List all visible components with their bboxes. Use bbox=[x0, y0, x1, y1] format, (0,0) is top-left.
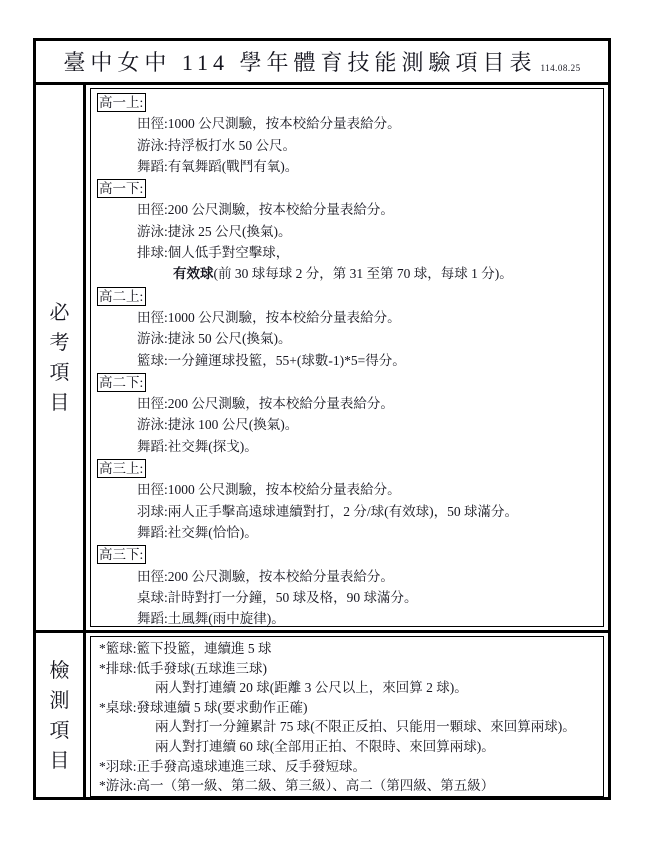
check-item-line: *排球:低手發球(五球進三球) bbox=[97, 659, 598, 679]
check-items-content-cell: *籃球:籃下投籃，連續進 5 球*排球:低手發球(五球進三球)兩人對打連續 20… bbox=[86, 633, 608, 800]
grade-term: 高一上: bbox=[97, 93, 146, 112]
test-item-line: 游泳:捷泳 100 公尺(換氣)。 bbox=[97, 414, 598, 435]
grade-term: 高一下: bbox=[97, 179, 146, 198]
test-item-bold: 有效球 bbox=[173, 266, 214, 281]
test-item-line: 羽球:兩人正手擊高遠球連續對打，2 分/球(有效球)，50 球滿分。 bbox=[97, 501, 598, 522]
test-item-line: 田徑:200 公尺測驗，按本校給分量表給分。 bbox=[97, 199, 598, 220]
grade-term: 高二下: bbox=[97, 373, 146, 392]
check-item-line: 兩人對打一分鐘累計 75 球(不限正反拍、只能用一顆球、來回算兩球)。 bbox=[97, 717, 598, 737]
test-item-line: 舞蹈:土風舞(雨中旋律)。 bbox=[97, 608, 598, 627]
test-item-line: 舞蹈:有氧舞蹈(戰鬥有氧)。 bbox=[97, 156, 598, 177]
grade-term: 高三下: bbox=[97, 545, 146, 564]
check-item-line: *游泳:高一（第一級、第二級、第三級）、高二（第四級、第五級） bbox=[97, 776, 598, 796]
check-items-label-cell: 檢測項目 bbox=[36, 633, 86, 800]
check-items-label-char: 檢 bbox=[50, 656, 70, 686]
check-items-row: 檢測項目 *籃球:籃下投籃，連續進 5 球*排球:低手發球(五球進三球)兩人對打… bbox=[36, 633, 608, 800]
required-items-label-char: 項 bbox=[50, 358, 70, 388]
check-items-box: *籃球:籃下投籃，連續進 5 球*排球:低手發球(五球進三球)兩人對打連續 20… bbox=[90, 636, 604, 797]
test-item-line: 舞蹈:社交舞(探戈)。 bbox=[97, 436, 598, 457]
test-item-line: 田徑:200 公尺測驗，按本校給分量表給分。 bbox=[97, 393, 598, 414]
grade-term-line: 高三上: bbox=[97, 457, 598, 479]
grade-term: 高二上: bbox=[97, 287, 146, 306]
test-item-line: 田徑:200 公尺測驗，按本校給分量表給分。 bbox=[97, 566, 598, 587]
test-item-line: 桌球:計時對打一分鐘，50 球及格，90 球滿分。 bbox=[97, 587, 598, 608]
required-items-content-cell: 高一上:田徑:1000 公尺測驗，按本校給分量表給分。游泳:持浮板打水 50 公… bbox=[86, 85, 608, 630]
test-item-line: 籃球:一分鐘運球投籃，55+(球數-1)*5=得分。 bbox=[97, 350, 598, 371]
grade-term-line: 高一下: bbox=[97, 177, 598, 199]
required-items-label: 必考項目 bbox=[50, 298, 70, 418]
grade-term-line: 高二下: bbox=[97, 371, 598, 393]
required-items-box: 高一上:田徑:1000 公尺測驗，按本校給分量表給分。游泳:持浮板打水 50 公… bbox=[90, 88, 604, 627]
grade-term-line: 高二上: bbox=[97, 285, 598, 307]
test-item-line: 田徑:1000 公尺測驗，按本校給分量表給分。 bbox=[97, 307, 598, 328]
check-item-line: *羽球:正手發高遠球連進三球、反手發短球。 bbox=[97, 757, 598, 777]
required-items-label-char: 必 bbox=[50, 298, 70, 328]
test-item-line: 游泳:捷泳 50 公尺(換氣)。 bbox=[97, 328, 598, 349]
test-item-line: 游泳:捷泳 25 公尺(換氣)。 bbox=[97, 221, 598, 242]
check-items-label-char: 目 bbox=[50, 746, 70, 776]
test-item-line: 田徑:1000 公尺測驗，按本校給分量表給分。 bbox=[97, 113, 598, 134]
required-items-label-char: 目 bbox=[50, 388, 70, 418]
check-item-line: *桌球:發球連續 5 球(要求動作正確) bbox=[97, 698, 598, 718]
check-items-label-char: 測 bbox=[50, 686, 70, 716]
document-date: 114.08.25 bbox=[541, 63, 581, 73]
required-items-label-char: 考 bbox=[50, 328, 70, 358]
check-item-line: 兩人對打連續 20 球(距離 3 公尺以上，來回算 2 球)。 bbox=[97, 678, 598, 698]
grade-term-line: 高三下: bbox=[97, 543, 598, 565]
test-item-line: 有效球(前 30 球每球 2 分，第 31 至第 70 球，每球 1 分)。 bbox=[97, 263, 598, 284]
check-items-label-char: 項 bbox=[50, 716, 70, 746]
test-item-line: 排球:個人低手對空擊球， bbox=[97, 242, 598, 263]
document-title: 臺中女中 114 學年體育技能測驗項目表 bbox=[63, 46, 536, 77]
table-title-row: 臺中女中 114 學年體育技能測驗項目表 114.08.25 bbox=[36, 41, 608, 85]
grade-term: 高三上: bbox=[97, 459, 146, 478]
test-item-line: 游泳:持浮板打水 50 公尺。 bbox=[97, 135, 598, 156]
check-items-label: 檢測項目 bbox=[50, 656, 70, 776]
test-item-line: 舞蹈:社交舞(恰恰)。 bbox=[97, 522, 598, 543]
required-items-label-cell: 必考項目 bbox=[36, 85, 86, 630]
grade-term-line: 高一上: bbox=[97, 91, 598, 113]
test-items-table: 臺中女中 114 學年體育技能測驗項目表 114.08.25 必考項目 高一上:… bbox=[33, 38, 611, 800]
check-item-line: *籃球:籃下投籃，連續進 5 球 bbox=[97, 639, 598, 659]
required-items-row: 必考項目 高一上:田徑:1000 公尺測驗，按本校給分量表給分。游泳:持浮板打水… bbox=[36, 85, 608, 633]
check-item-line: 兩人對打連續 60 球(全部用正拍、不限時、來回算兩球)。 bbox=[97, 737, 598, 757]
test-item-line: 田徑:1000 公尺測驗，按本校給分量表給分。 bbox=[97, 479, 598, 500]
